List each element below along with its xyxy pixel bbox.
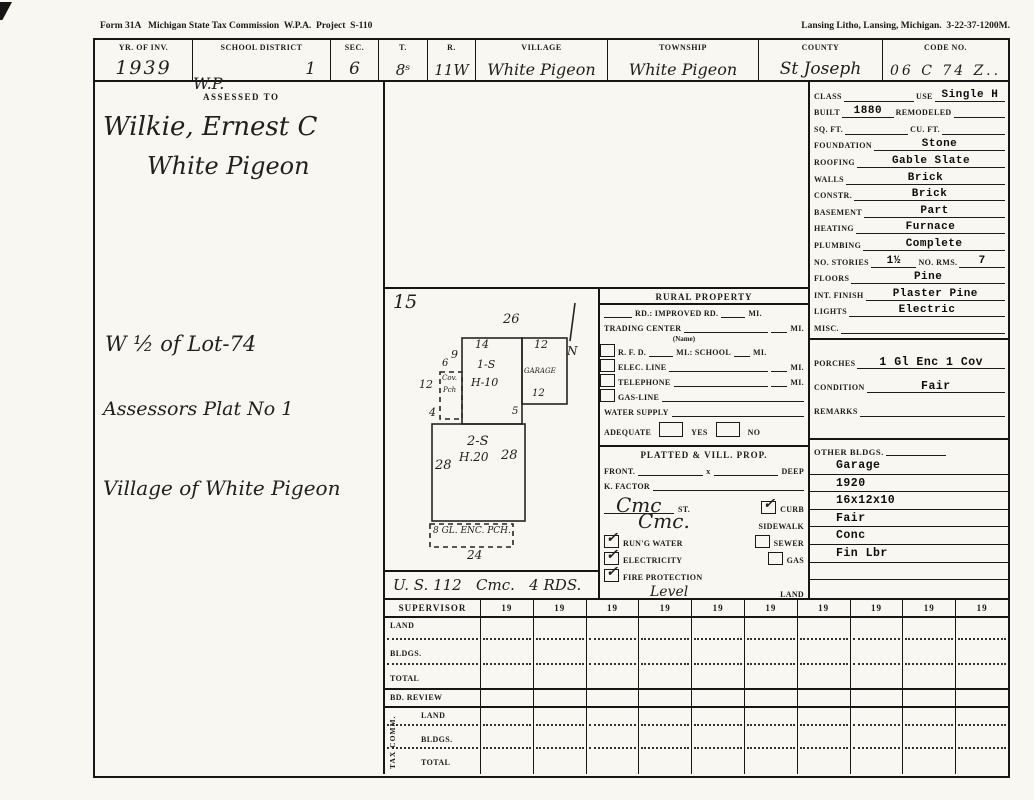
other-bldg-row: Conc — [810, 527, 1008, 545]
mi-label: MI. — [790, 325, 804, 333]
sketch-label: 6 — [442, 359, 448, 369]
field-label: BUILT — [814, 109, 840, 118]
trading-center-row: TRADING CENTER MI. — [600, 320, 808, 335]
dotted-leader — [694, 663, 742, 665]
field-underline: Gable Slate — [857, 151, 1005, 168]
value-cell — [903, 732, 955, 755]
top-col-sec-: SEC.6 — [330, 40, 378, 80]
row-label-land: LAND — [385, 618, 480, 646]
column-label: SCHOOL DISTRICT — [193, 40, 330, 52]
blank-underline — [662, 389, 804, 402]
column-value: St Joseph — [759, 61, 882, 78]
field-value: Plaster Pine — [893, 289, 978, 300]
year-header: 19 — [903, 600, 955, 618]
gas-label: GAS — [787, 557, 804, 565]
field-value: Complete — [906, 239, 963, 250]
assessed-to-label: ASSESSED TO — [203, 93, 279, 102]
field-underline: Electric — [849, 301, 1005, 318]
field-label: FLOORS — [814, 275, 849, 284]
blank-underline — [669, 359, 768, 372]
checkmark: ✓ — [606, 565, 618, 579]
dotted-leader — [483, 638, 531, 640]
value-cell — [587, 690, 639, 708]
dotted-leader — [800, 663, 848, 665]
no-checkbox — [716, 422, 740, 437]
year-header: 19 — [851, 600, 903, 618]
value-cell — [639, 708, 691, 732]
field-value: 1 Gl Enc 1 Cov — [879, 357, 983, 369]
column-label: TOWNSHIP — [608, 40, 758, 52]
value-cell — [639, 618, 691, 646]
field-underline — [841, 317, 1005, 334]
value-cell — [692, 755, 744, 774]
trading-center-label: TRADING CENTER — [604, 325, 681, 333]
fire-protection-checkbox: ✓ — [604, 569, 619, 582]
running-water-row: ✓ RUN'G WATER SEWER — [600, 532, 808, 549]
street-row: Cmc ST. ✓ CURB — [600, 493, 808, 515]
dotted-leader — [589, 747, 637, 749]
field-underline — [942, 118, 1005, 135]
field-value: Fair — [921, 381, 951, 393]
telephone-checkbox — [600, 374, 615, 387]
adequate-row: ADEQUATE YES NO — [600, 419, 808, 440]
field-underline: Brick — [854, 185, 1005, 202]
row-label-bldgs-: BLDGS. — [385, 646, 480, 671]
top-table: YR. OF INV.1939SCHOOL DISTRICT1SEC.6T.8ˢ… — [95, 40, 1008, 82]
dotted-leader — [905, 724, 953, 726]
mi-label: MI. — [753, 349, 767, 357]
year-header: 19 — [798, 600, 850, 618]
other-bldgs-label: OTHER BLDGS. — [814, 448, 884, 457]
dotted-leader — [694, 724, 742, 726]
field-underline: Pine — [851, 268, 1005, 285]
year-column: 19 — [638, 600, 691, 774]
detail-row: ROOFINGGable Slate — [810, 151, 1008, 168]
top-col-t-: T.8ˢ — [378, 40, 427, 80]
year-column: 19 — [744, 600, 797, 774]
other-bldg-value: 16x12x10 — [836, 495, 895, 507]
other-bldg-row — [810, 580, 1008, 598]
detail-row: LIGHTSElectric — [810, 301, 1008, 318]
running-water-label: RUN'G WATER — [623, 540, 683, 548]
field-label: CU. FT. — [910, 126, 940, 135]
mi-label: MI. — [790, 379, 804, 387]
year-column: 19 — [691, 600, 744, 774]
top-col-village: VILLAGEWhite Pigeon — [475, 40, 607, 80]
other-bldgs-header-row: OTHER BLDGS. — [810, 440, 1008, 457]
year-column: 19 — [533, 600, 586, 774]
improved-rd-row: RD.: IMPROVED RD. MI. — [600, 305, 808, 320]
sewer-label: SEWER — [774, 540, 804, 548]
dotted-leader — [589, 638, 637, 640]
field-underline: Plaster Pine — [866, 284, 1005, 301]
row-label-total: TOTAL — [385, 671, 480, 690]
value-cell — [956, 755, 1008, 774]
gas-line-label: GAS-LINE — [618, 394, 659, 402]
value-cell — [798, 755, 850, 774]
top-col-code-no-: CODE NO.06 C 74 Z.. — [882, 40, 1008, 80]
other-bldg-value: Conc — [836, 530, 866, 542]
value-cell — [956, 690, 1008, 708]
value-cell — [587, 618, 639, 646]
value-cell — [745, 755, 797, 774]
other-bldg-row: 1920 — [810, 475, 1008, 493]
sketch-label: 9 — [451, 349, 458, 360]
value-cell — [692, 671, 744, 690]
dotted-leader — [641, 663, 689, 665]
value-cell — [534, 671, 586, 690]
dotted-leader — [536, 747, 584, 749]
value-cell — [534, 755, 586, 774]
sketch-label: N — [567, 345, 578, 357]
field-underline: Complete — [863, 234, 1005, 251]
detail-row: NO. STORIES1½NO. RMS.7 — [810, 251, 1008, 268]
field-underline — [845, 118, 908, 135]
other-bldg-row: Fin Lbr — [810, 545, 1008, 563]
field-underline — [954, 102, 1005, 119]
column-label: VILLAGE — [476, 40, 607, 52]
other-bldg-row: Fair — [810, 510, 1008, 528]
other-bldg-row: Garage — [810, 457, 1008, 475]
front-deep-row: FRONT. x DEEP — [600, 463, 808, 478]
field-value: Part — [920, 206, 948, 217]
blank-underline — [734, 344, 750, 357]
sketch-label: H.20 — [459, 451, 489, 463]
water-supply-row: WATER SUPPLY — [600, 404, 808, 419]
dotted-leader — [483, 747, 531, 749]
sketch-label: GARAGE — [524, 368, 556, 375]
dotted-leader — [958, 724, 1006, 726]
field-label: PLUMBING — [814, 242, 861, 251]
detail-row: FOUNDATIONStone — [810, 135, 1008, 152]
school-label: MI.: SCHOOL — [676, 349, 731, 357]
column-value: 1939 — [95, 59, 192, 78]
platted-header: PLATTED & VILL. PROP. — [600, 447, 808, 463]
detail-row: REMARKS — [810, 393, 1008, 417]
blank-underline — [771, 359, 787, 372]
printer-imprint: Lansing Litho, Lansing, Michigan. 3-22-3… — [801, 22, 1010, 32]
field-underline: Stone — [874, 135, 1005, 152]
sketch-label: 4 — [429, 407, 436, 418]
k-factor-label: K. FACTOR — [604, 483, 650, 491]
value-cell — [692, 618, 744, 646]
other-bldg-value: 1920 — [836, 478, 866, 490]
blank-underline — [886, 440, 946, 456]
detail-row: SQ. FT.CU. FT. — [810, 118, 1008, 135]
dotted-leader — [694, 747, 742, 749]
column-value: 06 C 74 Z.. — [883, 64, 1008, 78]
supervisor-header: SUPERVISOR — [385, 600, 480, 618]
value-cell — [481, 690, 533, 708]
blank-underline — [721, 305, 745, 318]
column-label: CODE NO. — [883, 40, 1008, 52]
value-cell — [903, 755, 955, 774]
value-cell — [692, 732, 744, 755]
road-strip: U. S. 112 Cmc. 4 RDS. — [385, 570, 600, 598]
dotted-leader — [536, 724, 584, 726]
field-label: BASEMENT — [814, 209, 862, 218]
field-underline: Furnace — [856, 218, 1005, 235]
column-label: SEC. — [331, 40, 378, 52]
column-value: 6 — [331, 61, 378, 78]
column-label: R. — [428, 40, 475, 52]
telephone-label: TELEPHONE — [618, 379, 671, 387]
dotted-leader — [483, 724, 531, 726]
column-label: COUNTY — [759, 40, 882, 52]
column-value: White Pigeon — [608, 62, 758, 78]
value-cell — [956, 671, 1008, 690]
year-column: 19 — [586, 600, 639, 774]
value-cell — [745, 618, 797, 646]
sketch-label: 28 — [501, 449, 518, 462]
name-hint: (Name) — [600, 335, 808, 344]
scan-artifact — [0, 2, 12, 20]
sewer-checkbox — [755, 535, 770, 548]
other-bldg-value: Fin Lbr — [836, 548, 888, 560]
field-value: Single H — [941, 90, 998, 101]
field-underline: 7 — [959, 251, 1005, 268]
rfd-checkbox — [600, 344, 615, 357]
top-col-r-: R.11W — [427, 40, 475, 80]
value-cell — [587, 732, 639, 755]
dotted-leader — [747, 663, 795, 665]
year-column: 19 — [797, 600, 850, 774]
dotted-leader — [853, 747, 901, 749]
value-cell — [481, 708, 533, 732]
value-cell — [903, 690, 955, 708]
dotted-leader — [387, 638, 478, 640]
field-underline — [860, 393, 1005, 417]
field-underline: 1 Gl Enc 1 Cov — [857, 345, 1005, 369]
sketch-label: Cov. — [442, 375, 457, 382]
field-underline: Fair — [867, 369, 1005, 393]
value-cell — [745, 646, 797, 671]
elec-line-checkbox — [600, 359, 615, 372]
column-label: YR. OF INV. — [95, 40, 192, 52]
field-underline: 1880 — [842, 102, 893, 119]
field-underline: Brick — [846, 168, 1005, 185]
value-cell — [798, 732, 850, 755]
blank-underline — [771, 320, 787, 333]
blank-underline — [714, 463, 779, 476]
value-cell — [956, 708, 1008, 732]
field-underline: 1½ — [871, 251, 917, 268]
detail-row: CLASSUSESingle H — [810, 85, 1008, 102]
year-header: 19 — [534, 600, 586, 618]
value-cell — [798, 646, 850, 671]
field-label: INT. FINISH — [814, 292, 864, 301]
building-details: CLASSUSESingle HBUILT1880REMODELEDSQ. FT… — [810, 85, 1008, 334]
top-col-township: TOWNSHIPWhite Pigeon — [607, 40, 758, 80]
rfd-row: R. F. D. MI.: SCHOOL MI. — [600, 344, 808, 359]
elec-line-row: ELEC. LINE MI. — [600, 359, 808, 374]
field-value: Stone — [922, 139, 958, 150]
gas-line-row: GAS-LINE — [600, 389, 808, 404]
field-value: Brick — [908, 173, 944, 184]
sketch-box: 15N261412961-SH-10GARAGE12Cov.Pch12452-S… — [385, 287, 600, 570]
value-cell — [481, 618, 533, 646]
dotted-leader — [853, 724, 901, 726]
electricity-label: ELECTRICITY — [623, 557, 682, 565]
dotted-leader — [536, 663, 584, 665]
curb-checkmark: ✓ — [763, 497, 775, 511]
value-cell — [481, 755, 533, 774]
value-cell — [481, 671, 533, 690]
gas-checkbox — [768, 552, 783, 565]
detail-row: CONSTR.Brick — [810, 185, 1008, 202]
dotted-leader — [589, 663, 637, 665]
dotted-leader — [958, 663, 1006, 665]
improved-rd-label: RD.: IMPROVED RD. — [635, 310, 718, 318]
dotted-leader — [853, 663, 901, 665]
value-cell — [851, 755, 903, 774]
value-cell — [534, 618, 586, 646]
blank-underline — [604, 305, 632, 318]
field-label: PORCHES — [814, 360, 855, 369]
dotted-leader — [853, 638, 901, 640]
value-cell — [692, 690, 744, 708]
curb-label: CURB — [780, 506, 804, 514]
value-cell — [903, 646, 955, 671]
value-cell — [903, 671, 955, 690]
rfd-label: R. F. D. — [618, 349, 646, 357]
sketch-label: 15 — [393, 293, 417, 312]
sketch-label: 2-S — [467, 435, 489, 448]
field-value: Electric — [899, 305, 956, 316]
dotted-leader — [536, 638, 584, 640]
sketch-label: 28 — [435, 459, 452, 472]
value-cell — [903, 708, 955, 732]
dotted-leader — [641, 724, 689, 726]
value-cell — [587, 646, 639, 671]
detail-row: BUILT1880REMODELED — [810, 102, 1008, 119]
detail-row: FLOORSPine — [810, 268, 1008, 285]
year-column: 19 — [955, 600, 1008, 774]
legal-description-line: Assessors Plat No 1 — [103, 400, 293, 419]
blank-underline — [771, 374, 787, 387]
value-cell — [587, 708, 639, 732]
field-label: CLASS — [814, 93, 842, 102]
top-col-county: COUNTYSt Joseph — [758, 40, 882, 80]
value-cell — [534, 732, 586, 755]
detail-row: CONDITIONFair — [810, 369, 1008, 393]
field-label: LIGHTS — [814, 308, 847, 317]
value-cell — [851, 646, 903, 671]
field-label: CONDITION — [814, 384, 865, 393]
assessment-label-column: SUPERVISORLANDBLDGS.TOTALBD. REVIEWLANDB… — [385, 600, 480, 774]
platted-section: PLATTED & VILL. PROP. FRONT. x DEEP K. F… — [600, 445, 808, 598]
dotted-leader — [747, 638, 795, 640]
value-cell — [639, 671, 691, 690]
year-header: 19 — [692, 600, 744, 618]
other-bldgs-section: OTHER BLDGS. Garage192016x12x10FairConcF… — [810, 438, 1008, 598]
detail-row: MISC. — [810, 317, 1008, 334]
year-column: 19 — [850, 600, 903, 774]
dotted-leader — [747, 724, 795, 726]
front-label: FRONT. — [604, 468, 635, 476]
column-value: 11W — [428, 63, 475, 78]
blank-underline — [674, 374, 769, 387]
detail-row: HEATINGFurnace — [810, 218, 1008, 235]
sketch-label: 1-S — [477, 359, 495, 370]
value-cell — [534, 646, 586, 671]
dotted-leader — [800, 747, 848, 749]
year-header: 19 — [639, 600, 691, 618]
sketch-labels: 15N261412961-SH-10GARAGE12Cov.Pch12452-S… — [385, 289, 598, 570]
checkmark: ✓ — [606, 548, 618, 562]
field-value: 1½ — [887, 256, 901, 267]
fire-protection-row: ✓ FIRE PROTECTION — [600, 566, 808, 583]
value-cell — [956, 646, 1008, 671]
dotted-leader — [800, 724, 848, 726]
curb-checkbox: ✓ — [761, 501, 776, 514]
value-cell — [692, 646, 744, 671]
dotted-leader — [589, 724, 637, 726]
year-column: 19 — [902, 600, 955, 774]
detail-row: PORCHES1 Gl Enc 1 Cov — [810, 345, 1008, 369]
field-label: WALLS — [814, 176, 844, 185]
value-cell — [481, 646, 533, 671]
value-cell — [639, 646, 691, 671]
field-label: REMODELED — [896, 109, 952, 118]
value-cell — [639, 690, 691, 708]
field-label: MISC. — [814, 325, 839, 334]
land-value: Level — [650, 585, 688, 599]
other-bldg-row — [810, 563, 1008, 581]
value-cell — [534, 690, 586, 708]
value-cell — [745, 732, 797, 755]
deep-label: DEEP — [781, 468, 804, 476]
form-number-line: Form 31A Michigan State Tax Commission W… — [100, 22, 372, 32]
telephone-row: TELEPHONE MI. — [600, 374, 808, 389]
sidewalk-row: Cmc. SIDEWALK — [600, 515, 808, 532]
owner-city: White Pigeon — [147, 154, 310, 178]
elec-line-label: ELEC. LINE — [618, 364, 666, 372]
dotted-leader — [641, 638, 689, 640]
dotted-leader — [387, 663, 478, 665]
rural-property-section: RURAL PROPERTY RD.: IMPROVED RD. MI. TRA… — [600, 287, 808, 445]
k-factor-row: K. FACTOR — [600, 478, 808, 493]
sketch-label: 24 — [467, 549, 482, 561]
value-cell — [956, 618, 1008, 646]
year-header: 19 — [481, 600, 533, 618]
detail-row: BASEMENTPart — [810, 201, 1008, 218]
value-cell — [798, 708, 850, 732]
electricity-row: ✓ ELECTRICITY GAS — [600, 549, 808, 566]
tax-assessment-card: Form 31A Michigan State Tax Commission W… — [0, 0, 1034, 800]
field-label: USE — [916, 93, 933, 102]
building-column: CLASSUSESingle HBUILT1880REMODELEDSQ. FT… — [808, 82, 1008, 598]
dotted-leader — [958, 638, 1006, 640]
mi-label: MI. — [748, 310, 762, 318]
value-cell — [745, 671, 797, 690]
value-cell — [534, 708, 586, 732]
owner-name: Wilkie, Ernest C — [103, 114, 317, 140]
year-header: 19 — [587, 600, 639, 618]
dotted-leader — [694, 638, 742, 640]
sketch-label: H-10 — [471, 377, 498, 388]
value-cell — [745, 708, 797, 732]
sketch-label: 26 — [503, 313, 520, 326]
other-bldgs-rows: Garage192016x12x10FairConcFin Lbr — [810, 457, 1008, 598]
detail-row: PLUMBINGComplete — [810, 234, 1008, 251]
legal-description-line: W ½ of Lot-74 — [105, 334, 256, 355]
field-value: Furnace — [906, 222, 956, 233]
value-cell — [956, 732, 1008, 755]
field-underline: Part — [864, 201, 1005, 218]
top-col-yr-of-inv-: YR. OF INV.1939 — [95, 40, 192, 80]
dotted-leader — [641, 747, 689, 749]
